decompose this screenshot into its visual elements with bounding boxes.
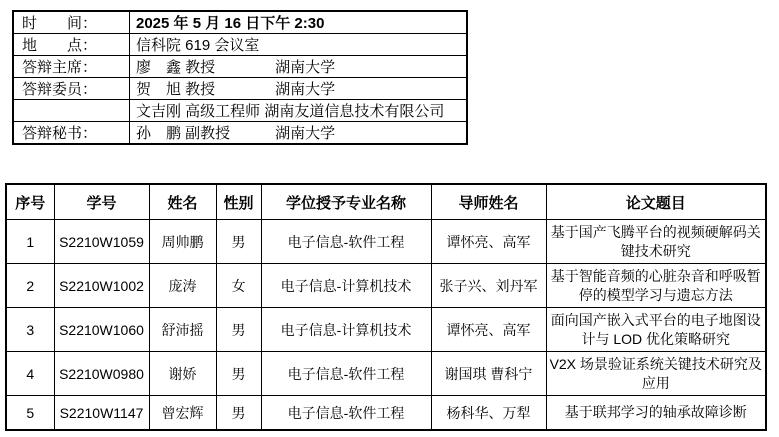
info-value-chair: 廖 鑫 教授 湖南大学 [130,56,468,78]
info-row-committee-2: 文吉刚 高级工程师 湖南友道信息技术有限公司 [13,100,467,122]
roster-header-major: 学位授予专业名称 [261,184,431,220]
cell-student-id: S2210W1059 [54,220,149,264]
cell-name: 曾宏辉 [149,396,216,431]
info-label-secretary: 答辩秘书： [13,122,130,145]
roster-header-gender: 性别 [216,184,261,220]
cell-student-id: S2210W1060 [54,308,149,352]
cell-thesis: V2X 场景验证系统关键技术研究及应用 [546,352,766,396]
cell-major: 电子信息-计算机技术 [261,308,431,352]
roster-row-3: 3 S2210W1060 舒沛摇 男 电子信息-计算机技术 谭怀亮、高军 面向国… [6,308,766,352]
info-value-location: 信科院 619 会议室 [130,34,468,56]
info-row-time: 时 间： 2025 年 5 月 16 日下午 2:30 [13,11,467,34]
roster-header-student-id: 学号 [54,184,149,220]
cell-advisors: 杨科华、万犁 [431,396,546,431]
cell-major: 电子信息-软件工程 [261,352,431,396]
cell-name: 周帅鹏 [149,220,216,264]
info-label-location: 地 点： [13,34,130,56]
cell-no: 2 [6,264,54,308]
cell-gender: 男 [216,352,261,396]
info-value-secretary: 孙 鹏 副教授 湖南大学 [130,122,468,145]
cell-student-id: S2210W0980 [54,352,149,396]
info-row-secretary: 答辩秘书： 孙 鹏 副教授 湖南大学 [13,122,467,145]
cell-advisors: 谢国琪 曹科宁 [431,352,546,396]
cell-gender: 男 [216,220,261,264]
info-value-committee-2: 文吉刚 高级工程师 湖南友道信息技术有限公司 [130,100,468,122]
roster-row-4: 4 S2210W0980 谢娇 男 电子信息-软件工程 谢国琪 曹科宁 V2X … [6,352,766,396]
cell-advisors: 张子兴、刘丹军 [431,264,546,308]
cell-no: 3 [6,308,54,352]
cell-student-id: S2210W1147 [54,396,149,431]
student-roster-table: 序号 学号 姓名 性别 学位授予专业名称 导师姓名 论文题目 1 S2210W1… [5,183,767,431]
cell-thesis: 基于国产飞腾平台的视频硬解码关键技术研究 [546,220,766,264]
cell-major: 电子信息-软件工程 [261,396,431,431]
defense-info-table: 时 间： 2025 年 5 月 16 日下午 2:30 地 点： 信科院 619… [12,10,468,145]
cell-name: 舒沛摇 [149,308,216,352]
info-row-chair: 答辩主席： 廖 鑫 教授 湖南大学 [13,56,467,78]
info-value-committee-1: 贺 旭 教授 湖南大学 [130,78,468,100]
roster-header-advisor: 导师姓名 [431,184,546,220]
roster-row-5: 5 S2210W1147 曾宏辉 男 电子信息-软件工程 杨科华、万犁 基于联邦… [6,396,766,431]
cell-gender: 女 [216,264,261,308]
cell-advisors: 谭怀亮、高军 [431,220,546,264]
cell-major: 电子信息-计算机技术 [261,264,431,308]
cell-advisors: 谭怀亮、高军 [431,308,546,352]
cell-no: 1 [6,220,54,264]
info-label-time: 时 间： [13,11,130,34]
info-label-committee: 答辩委员： [13,78,130,100]
cell-thesis: 基于智能音频的心脏杂音和呼吸暂停的模型学习与遗忘方法 [546,264,766,308]
cell-no: 4 [6,352,54,396]
cell-major: 电子信息-软件工程 [261,220,431,264]
roster-row-2: 2 S2210W1002 庞涛 女 电子信息-计算机技术 张子兴、刘丹军 基于智… [6,264,766,308]
cell-gender: 男 [216,308,261,352]
info-label-empty [13,100,130,122]
roster-header-row: 序号 学号 姓名 性别 学位授予专业名称 导师姓名 论文题目 [6,184,766,220]
roster-row-1: 1 S2210W1059 周帅鹏 男 电子信息-软件工程 谭怀亮、高军 基于国产… [6,220,766,264]
cell-no: 5 [6,396,54,431]
info-row-committee-1: 答辩委员： 贺 旭 教授 湖南大学 [13,78,467,100]
roster-header-thesis: 论文题目 [546,184,766,220]
info-row-location: 地 点： 信科院 619 会议室 [13,34,467,56]
roster-header-name: 姓名 [149,184,216,220]
info-value-time: 2025 年 5 月 16 日下午 2:30 [130,11,468,34]
roster-header-no: 序号 [6,184,54,220]
cell-thesis: 面向国产嵌入式平台的电子地图设计与 LOD 优化策略研究 [546,308,766,352]
cell-student-id: S2210W1002 [54,264,149,308]
info-label-chair: 答辩主席： [13,56,130,78]
cell-name: 谢娇 [149,352,216,396]
document-page: 时 间： 2025 年 5 月 16 日下午 2:30 地 点： 信科院 619… [0,0,779,437]
cell-name: 庞涛 [149,264,216,308]
cell-thesis: 基于联邦学习的轴承故障诊断 [546,396,766,431]
cell-gender: 男 [216,396,261,431]
